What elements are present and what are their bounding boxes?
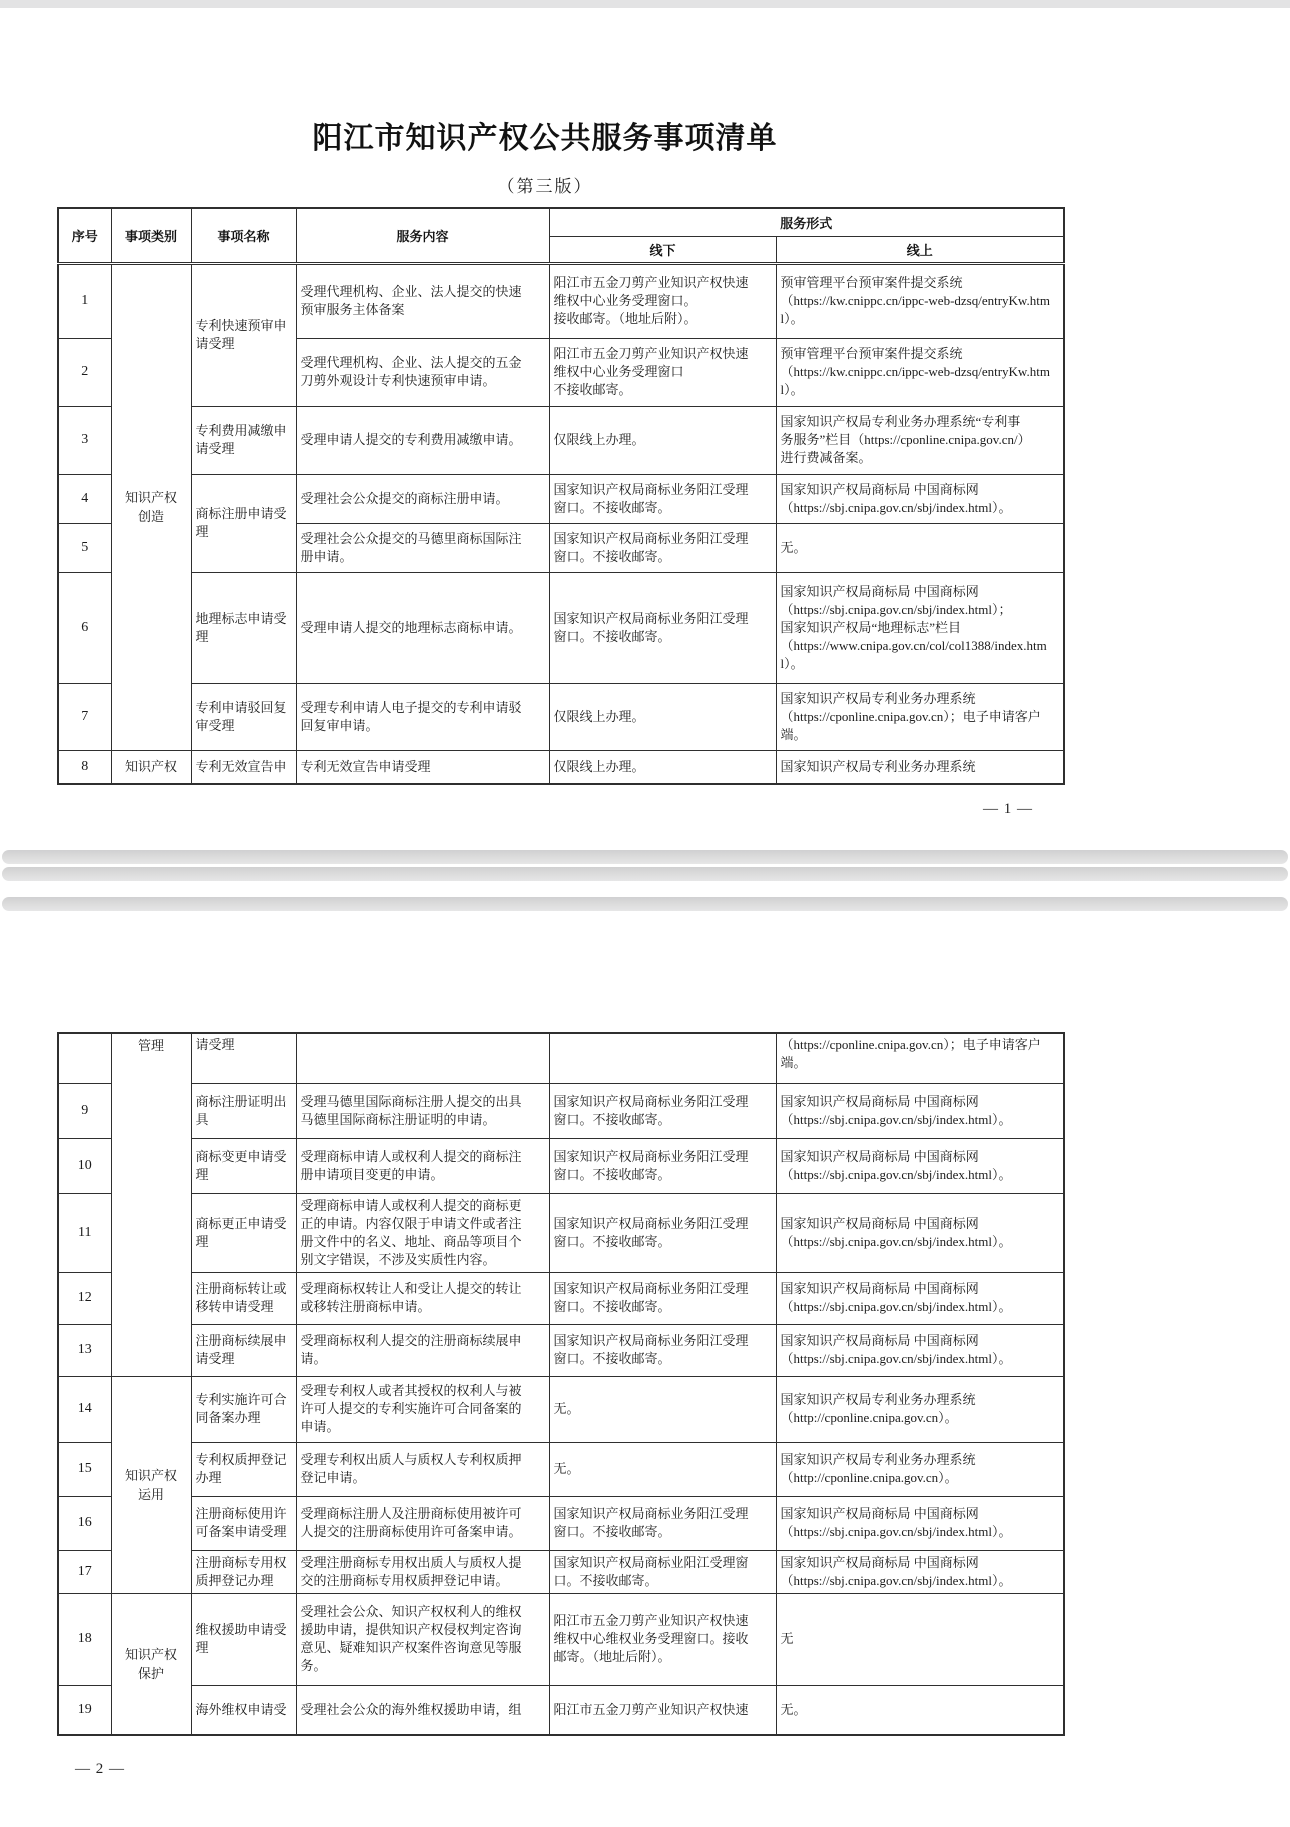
table-row: 1知识产权 创造专利快速预审申 请受理受理代理机构、企业、法人提交的快速 预审服… <box>58 263 1064 338</box>
cell-index: 14 <box>58 1376 111 1442</box>
table-row: 14知识产权 运用专利实施许可合 同备案办理受理专利权人或者其授权的权利人与被 … <box>58 1376 1064 1442</box>
cell-name: 专利快速预审申 请受理 <box>191 263 296 406</box>
cell-offline: 国家知识产权局商标业务阳江受理 窗口。不接收邮寄。 <box>549 572 776 683</box>
table-row: 9商标注册证明出 具受理马德里国际商标注册人提交的出具 马德里国际商标注册证明的… <box>58 1083 1064 1138</box>
table-row: 15专利权质押登记 办理受理专利权出质人与质权人专利权质押 登记申请。无。国家知… <box>58 1442 1064 1496</box>
cell-name: 专利费用减缴申 请受理 <box>191 406 296 474</box>
col-header-offline: 线下 <box>549 236 776 263</box>
service-items-table-page1: 序号事项类别事项名称服务内容服务形式线下线上1知识产权 创造专利快速预审申 请受… <box>57 207 1065 785</box>
cell-name: 商标注册证明出 具 <box>191 1083 296 1138</box>
cell-index: 1 <box>58 263 111 338</box>
cell-index: 10 <box>58 1138 111 1193</box>
cell-index: 18 <box>58 1593 111 1685</box>
document-viewer: 阳江市知识产权公共服务事项清单 （第三版） 序号事项类别事项名称服务内容服务形式… <box>0 0 1290 1827</box>
cell-online: 国家知识产权局商标局 中国商标网 （https://sbj.cnipa.gov.… <box>776 1324 1064 1376</box>
cell-offline: 仅限线上办理。 <box>549 750 776 784</box>
cell-index: 11 <box>58 1193 111 1272</box>
page-number-1: — 1 — <box>57 801 1063 818</box>
cell-name: 商标更正申请受 理 <box>191 1193 296 1272</box>
cell-index <box>58 1033 111 1083</box>
cell-name: 请受理 <box>191 1033 296 1083</box>
cell-index: 13 <box>58 1324 111 1376</box>
cell-name: 专利权质押登记 办理 <box>191 1442 296 1496</box>
col-header-category: 事项类别 <box>111 208 191 263</box>
cell-content: 受理代理机构、企业、法人提交的快速 预审服务主体备案 <box>296 263 549 338</box>
cell-content: 受理注册商标专用权出质人与质权人提 交的注册商标专用权质押登记申请。 <box>296 1550 549 1593</box>
cell-index: 7 <box>58 683 111 750</box>
cell-online: 国家知识产权局商标局 中国商标网 （https://sbj.cnipa.gov.… <box>776 1083 1064 1138</box>
cell-content: 受理商标注册人及注册商标使用被许可 人提交的注册商标使用许可备案申请。 <box>296 1496 549 1550</box>
cell-name: 商标注册申请受 理 <box>191 474 296 572</box>
cell-offline: 国家知识产权局商标业务阳江受理 窗口。不接收邮寄。 <box>549 1083 776 1138</box>
table-row: 16注册商标使用许 可备案申请受理受理商标注册人及注册商标使用被许可 人提交的注… <box>58 1496 1064 1550</box>
col-header-form: 服务形式 <box>549 208 1064 236</box>
cell-offline: 仅限线上办理。 <box>549 406 776 474</box>
cell-offline: 国家知识产权局商标业务阳江受理 窗口。不接收邮寄。 <box>549 474 776 523</box>
col-header-content: 服务内容 <box>296 208 549 263</box>
cell-name: 专利实施许可合 同备案办理 <box>191 1376 296 1442</box>
col-header-name: 事项名称 <box>191 208 296 263</box>
cell-content: 受理申请人提交的地理标志商标申请。 <box>296 572 549 683</box>
cell-name: 专利无效宣告申 <box>191 750 296 784</box>
cell-content: 受理社会公众提交的商标注册申请。 <box>296 474 549 523</box>
cell-index: 3 <box>58 406 111 474</box>
cell-index: 12 <box>58 1272 111 1324</box>
table-row: 11商标更正申请受 理受理商标申请人或权利人提交的商标更 正的申请。内容仅限于申… <box>58 1193 1064 1272</box>
table-row: 7专利申请驳回复 审受理受理专利申请人电子提交的专利申请驳 回复审申请。仅限线上… <box>58 683 1064 750</box>
table-row: 管理请受理（https://cponline.cnipa.gov.cn）；电子申… <box>58 1033 1064 1083</box>
cell-name: 专利申请驳回复 审受理 <box>191 683 296 750</box>
cell-offline: 阳江市五金刀剪产业知识产权快速 维权中心业务受理窗口 不接收邮寄。 <box>549 338 776 406</box>
cell-content: 受理申请人提交的专利费用减缴申请。 <box>296 406 549 474</box>
cell-category: 知识产权 保护 <box>111 1593 191 1735</box>
viewer-top-edge <box>0 0 1290 8</box>
cell-offline: 国家知识产权局商标业务阳江受理 窗口。不接收邮寄。 <box>549 523 776 572</box>
cell-offline: 国家知识产权局商标业务阳江受理 窗口。不接收邮寄。 <box>549 1324 776 1376</box>
document-subtitle: （第三版） <box>40 172 1050 197</box>
cell-offline: 国家知识产权局商标业务阳江受理 窗口。不接收邮寄。 <box>549 1193 776 1272</box>
cell-online: 无 <box>776 1593 1064 1685</box>
cell-offline: 国家知识产权局商标业务阳江受理 窗口。不接收邮寄。 <box>549 1138 776 1193</box>
table-row: 6地理标志申请受 理受理申请人提交的地理标志商标申请。国家知识产权局商标业务阳江… <box>58 572 1064 683</box>
cell-online: 国家知识产权局商标局 中国商标网 （https://sbj.cnipa.gov.… <box>776 1272 1064 1324</box>
table-row: 10商标变更申请受 理受理商标申请人或权利人提交的商标注 册申请项目变更的申请。… <box>58 1138 1064 1193</box>
cell-index: 15 <box>58 1442 111 1496</box>
cell-content: 专利无效宣告申请受理 <box>296 750 549 784</box>
cell-online: （https://cponline.cnipa.gov.cn）；电子申请客户端。 <box>776 1033 1064 1083</box>
cell-online: 国家知识产权局商标局 中国商标网 （https://sbj.cnipa.gov.… <box>776 474 1064 523</box>
cell-name: 商标变更申请受 理 <box>191 1138 296 1193</box>
cell-content: 受理马德里国际商标注册人提交的出具 马德里国际商标注册证明的申请。 <box>296 1083 549 1138</box>
cell-offline: 仅限线上办理。 <box>549 683 776 750</box>
cell-offline <box>549 1033 776 1083</box>
cell-name: 注册商标续展申 请受理 <box>191 1324 296 1376</box>
table-row: 3专利费用减缴申 请受理受理申请人提交的专利费用减缴申请。仅限线上办理。国家知识… <box>58 406 1064 474</box>
cell-online: 无。 <box>776 1685 1064 1735</box>
cell-index: 4 <box>58 474 111 523</box>
cell-index: 6 <box>58 572 111 683</box>
cell-offline: 阳江市五金刀剪产业知识产权快速 维权中心维权业务受理窗口。接收 邮寄。（地址后附… <box>549 1593 776 1685</box>
cell-index: 9 <box>58 1083 111 1138</box>
cell-content: 受理专利权人或者其授权的权利人与被 许可人提交的专利实施许可合同备案的 申请。 <box>296 1376 549 1442</box>
cell-category: 知识产权 <box>111 750 191 784</box>
cell-category: 管理 <box>111 1033 191 1376</box>
cell-index: 16 <box>58 1496 111 1550</box>
cell-online: 国家知识产权局专利业务办理系统 （http://cponline.cnipa.g… <box>776 1376 1064 1442</box>
cell-content: 受理社会公众、知识产权权利人的维权 援助申请，提供知识产权侵权判定咨询 意见、疑… <box>296 1593 549 1685</box>
cell-online: 国家知识产权局商标局 中国商标网 （https://sbj.cnipa.gov.… <box>776 1550 1064 1593</box>
cell-category: 知识产权 运用 <box>111 1376 191 1593</box>
cell-offline: 无。 <box>549 1442 776 1496</box>
col-header-index: 序号 <box>58 208 111 263</box>
cell-index: 17 <box>58 1550 111 1593</box>
cell-content: 受理专利申请人电子提交的专利申请驳 回复审申请。 <box>296 683 549 750</box>
page-number-2: — 2 — <box>75 1761 125 1778</box>
cell-content: 受理商标申请人或权利人提交的商标注 册申请项目变更的申请。 <box>296 1138 549 1193</box>
page-2: 管理请受理（https://cponline.cnipa.gov.cn）；电子申… <box>0 912 1290 1827</box>
document-title: 阳江市知识产权公共服务事项清单 <box>40 113 1050 157</box>
cell-index: 19 <box>58 1685 111 1735</box>
cell-online: 国家知识产权局商标局 中国商标网 （https://sbj.cnipa.gov.… <box>776 572 1064 683</box>
page-separator <box>2 897 1288 911</box>
cell-online: 国家知识产权局商标局 中国商标网 （https://sbj.cnipa.gov.… <box>776 1138 1064 1193</box>
table-row: 19海外维权申请受受理社会公众的海外维权援助申请，组阳江市五金刀剪产业知识产权快… <box>58 1685 1064 1735</box>
service-items-table-page2: 管理请受理（https://cponline.cnipa.gov.cn）；电子申… <box>57 1032 1065 1736</box>
cell-category: 知识产权 创造 <box>111 263 191 750</box>
cell-offline: 国家知识产权局商标业阳江受理窗 口。不接收邮寄。 <box>549 1550 776 1593</box>
cell-online: 国家知识产权局专利业务办理系统 （http://cponline.cnipa.g… <box>776 1442 1064 1496</box>
col-header-online: 线上 <box>776 236 1064 263</box>
cell-online: 预审管理平台预审案件提交系统 （https://kw.cnippc.cn/ipp… <box>776 338 1064 406</box>
cell-content: 受理商标权利人提交的注册商标续展申 请。 <box>296 1324 549 1376</box>
cell-content: 受理商标申请人或权利人提交的商标更 正的申请。内容仅限于申请文件或者注 册文件中… <box>296 1193 549 1272</box>
cell-online: 国家知识产权局专利业务办理系统 <box>776 750 1064 784</box>
table-row: 18知识产权 保护维权援助申请受 理受理社会公众、知识产权权利人的维权 援助申请… <box>58 1593 1064 1685</box>
cell-name: 海外维权申请受 <box>191 1685 296 1735</box>
cell-name: 注册商标使用许 可备案申请受理 <box>191 1496 296 1550</box>
table-row: 13注册商标续展申 请受理受理商标权利人提交的注册商标续展申 请。国家知识产权局… <box>58 1324 1064 1376</box>
cell-name: 维权援助申请受 理 <box>191 1593 296 1685</box>
table-row: 8知识产权专利无效宣告申专利无效宣告申请受理仅限线上办理。国家知识产权局专利业务… <box>58 750 1064 784</box>
cell-content: 受理社会公众的海外维权援助申请，组 <box>296 1685 549 1735</box>
cell-offline: 阳江市五金刀剪产业知识产权快速 维权中心业务受理窗口。 接收邮寄。（地址后附）。 <box>549 263 776 338</box>
table-row: 4商标注册申请受 理受理社会公众提交的商标注册申请。国家知识产权局商标业务阳江受… <box>58 474 1064 523</box>
cell-content <box>296 1033 549 1083</box>
cell-name: 地理标志申请受 理 <box>191 572 296 683</box>
cell-name: 注册商标专用权 质押登记办理 <box>191 1550 296 1593</box>
cell-offline: 国家知识产权局商标业务阳江受理 窗口。不接收邮寄。 <box>549 1272 776 1324</box>
page-separator <box>2 850 1288 864</box>
cell-online: 预审管理平台预审案件提交系统 （https://kw.cnippc.cn/ipp… <box>776 263 1064 338</box>
cell-index: 5 <box>58 523 111 572</box>
cell-index: 8 <box>58 750 111 784</box>
page-1: 阳江市知识产权公共服务事项清单 （第三版） 序号事项类别事项名称服务内容服务形式… <box>0 8 1290 850</box>
cell-content: 受理社会公众提交的马德里商标国际注 册申请。 <box>296 523 549 572</box>
page-separator <box>2 867 1288 881</box>
table-row: 12注册商标转让或 移转申请受理受理商标权转让人和受让人提交的转让 或移转注册商… <box>58 1272 1064 1324</box>
cell-online: 无。 <box>776 523 1064 572</box>
cell-content: 受理商标权转让人和受让人提交的转让 或移转注册商标申请。 <box>296 1272 549 1324</box>
cell-offline: 国家知识产权局商标业务阳江受理 窗口。不接收邮寄。 <box>549 1496 776 1550</box>
cell-content: 受理代理机构、企业、法人提交的五金 刀剪外观设计专利快速预审申请。 <box>296 338 549 406</box>
cell-index: 2 <box>58 338 111 406</box>
cell-offline: 无。 <box>549 1376 776 1442</box>
table-row: 17注册商标专用权 质押登记办理受理注册商标专用权出质人与质权人提 交的注册商标… <box>58 1550 1064 1593</box>
cell-online: 国家知识产权局专利业务办理系统 （https://cponline.cnipa.… <box>776 683 1064 750</box>
cell-content: 受理专利权出质人与质权人专利权质押 登记申请。 <box>296 1442 549 1496</box>
cell-online: 国家知识产权局商标局 中国商标网 （https://sbj.cnipa.gov.… <box>776 1496 1064 1550</box>
cell-online: 国家知识产权局专利业务办理系统“专利事 务服务”栏目（https://cponl… <box>776 406 1064 474</box>
cell-offline: 阳江市五金刀剪产业知识产权快速 <box>549 1685 776 1735</box>
cell-name: 注册商标转让或 移转申请受理 <box>191 1272 296 1324</box>
cell-online: 国家知识产权局商标局 中国商标网 （https://sbj.cnipa.gov.… <box>776 1193 1064 1272</box>
